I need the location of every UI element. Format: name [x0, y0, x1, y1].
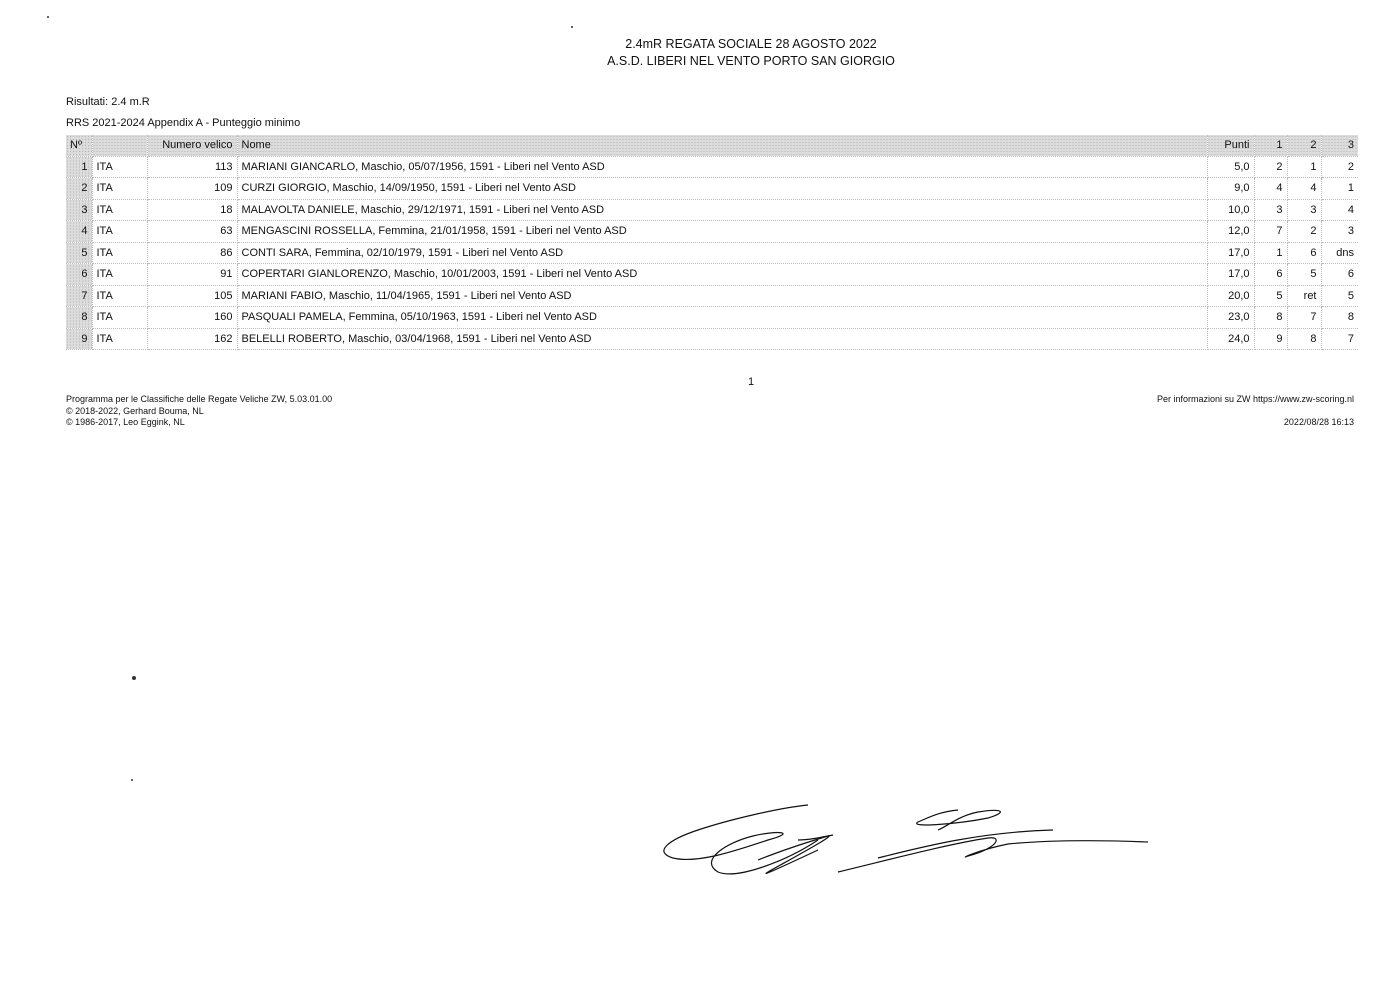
competitor-name-cell: COPERTARI GIANLORENZO, Maschio, 10/01/20…	[237, 264, 1207, 286]
race-1-cell: 1	[1254, 242, 1287, 264]
table-row: 6ITA91COPERTARI GIANLORENZO, Maschio, 10…	[66, 264, 1358, 286]
results-label: Risultati: 2.4 m.R	[66, 96, 150, 108]
table-row: 1ITA113MARIANI GIANCARLO, Maschio, 05/07…	[66, 156, 1358, 178]
footer-program: Programma per le Classifiche delle Regat…	[66, 394, 332, 406]
position-cell: 5	[66, 242, 92, 264]
nation-cell: ITA	[92, 328, 147, 350]
table-row: 5ITA86CONTI SARA, Femmina, 02/10/1979, 1…	[66, 242, 1358, 264]
race-2-cell: 8	[1287, 328, 1321, 350]
col-header-position: Nº	[66, 135, 92, 156]
race-1-cell: 7	[1254, 221, 1287, 243]
col-header-race-1: 1	[1254, 135, 1287, 156]
scan-speck	[571, 26, 573, 28]
footer-copyright-1: © 2018-2022, Gerhard Bouma, NL	[66, 406, 332, 418]
nation-cell: ITA	[92, 221, 147, 243]
nation-cell: ITA	[92, 178, 147, 200]
competitor-name-cell: MARIANI FABIO, Maschio, 11/04/1965, 1591…	[237, 285, 1207, 307]
points-cell: 9,0	[1207, 178, 1254, 200]
position-cell: 2	[66, 178, 92, 200]
scan-speck	[132, 676, 136, 680]
position-cell: 7	[66, 285, 92, 307]
col-header-nation	[92, 135, 147, 156]
position-cell: 8	[66, 307, 92, 329]
title-line-1: 2.4mR REGATA SOCIALE 28 AGOSTO 2022	[0, 36, 1400, 53]
scan-speck	[131, 779, 133, 781]
table-row: 7ITA105MARIANI FABIO, Maschio, 11/04/196…	[66, 285, 1358, 307]
competitor-name-cell: BELELLI ROBERTO, Maschio, 03/04/1968, 15…	[237, 328, 1207, 350]
race-2-cell: 5	[1287, 264, 1321, 286]
competitor-name-cell: CONTI SARA, Femmina, 02/10/1979, 1591 - …	[237, 242, 1207, 264]
race-3-cell: 5	[1321, 285, 1358, 307]
page-number: 1	[0, 376, 1400, 388]
race-3-cell: 4	[1321, 199, 1358, 221]
handwritten-signature-icon	[658, 800, 1158, 880]
race-3-cell: 8	[1321, 307, 1358, 329]
footer-copyright-2: © 1986-2017, Leo Eggink, NL	[66, 417, 332, 429]
position-cell: 6	[66, 264, 92, 286]
race-2-cell: 2	[1287, 221, 1321, 243]
nation-cell: ITA	[92, 199, 147, 221]
title-line-2: A.S.D. LIBERI NEL VENTO PORTO SAN GIORGI…	[0, 53, 1400, 70]
nation-cell: ITA	[92, 156, 147, 178]
race-1-cell: 4	[1254, 178, 1287, 200]
nation-cell: ITA	[92, 307, 147, 329]
sail-number-cell: 113	[147, 156, 237, 178]
race-1-cell: 3	[1254, 199, 1287, 221]
position-cell: 3	[66, 199, 92, 221]
race-1-cell: 5	[1254, 285, 1287, 307]
position-cell: 9	[66, 328, 92, 350]
sail-number-cell: 105	[147, 285, 237, 307]
table-header-row: Nº Numero velico Nome Punti 1 2 3	[66, 135, 1358, 156]
footer-credits: Programma per le Classifiche delle Regat…	[66, 394, 332, 429]
race-2-cell: 4	[1287, 178, 1321, 200]
scoring-system: RRS 2021-2024 Appendix A - Punteggio min…	[66, 117, 300, 129]
race-1-cell: 8	[1254, 307, 1287, 329]
points-cell: 23,0	[1207, 307, 1254, 329]
sail-number-cell: 18	[147, 199, 237, 221]
competitor-name-cell: MALAVOLTA DANIELE, Maschio, 29/12/1971, …	[237, 199, 1207, 221]
col-header-name: Nome	[237, 135, 1207, 156]
footer-timestamp: 2022/08/28 16:13	[1157, 417, 1354, 429]
race-2-cell: 3	[1287, 199, 1321, 221]
table-row: 9ITA162BELELLI ROBERTO, Maschio, 03/04/1…	[66, 328, 1358, 350]
col-header-race-2: 2	[1287, 135, 1321, 156]
competitor-name-cell: CURZI GIORGIO, Maschio, 14/09/1950, 1591…	[237, 178, 1207, 200]
sail-number-cell: 160	[147, 307, 237, 329]
table-row: 4ITA63MENGASCINI ROSSELLA, Femmina, 21/0…	[66, 221, 1358, 243]
points-cell: 17,0	[1207, 242, 1254, 264]
nation-cell: ITA	[92, 285, 147, 307]
race-2-cell: 1	[1287, 156, 1321, 178]
race-3-cell: 6	[1321, 264, 1358, 286]
points-cell: 20,0	[1207, 285, 1254, 307]
race-3-cell: dns	[1321, 242, 1358, 264]
competitor-name-cell: MENGASCINI ROSSELLA, Femmina, 21/01/1958…	[237, 221, 1207, 243]
sail-number-cell: 63	[147, 221, 237, 243]
footer-info-link: Per informazioni su ZW https://www.zw-sc…	[1157, 394, 1354, 406]
table-row: 3ITA18MALAVOLTA DANIELE, Maschio, 29/12/…	[66, 199, 1358, 221]
nation-cell: ITA	[92, 264, 147, 286]
race-3-cell: 1	[1321, 178, 1358, 200]
points-cell: 24,0	[1207, 328, 1254, 350]
race-3-cell: 3	[1321, 221, 1358, 243]
competitor-name-cell: PASQUALI PAMELA, Femmina, 05/10/1963, 15…	[237, 307, 1207, 329]
points-cell: 17,0	[1207, 264, 1254, 286]
table-row: 2ITA109CURZI GIORGIO, Maschio, 14/09/195…	[66, 178, 1358, 200]
document-title: 2.4mR REGATA SOCIALE 28 AGOSTO 2022 A.S.…	[0, 36, 1400, 70]
race-2-cell: 6	[1287, 242, 1321, 264]
sail-number-cell: 91	[147, 264, 237, 286]
scan-speck	[47, 16, 49, 18]
col-header-sail-number: Numero velico	[147, 135, 237, 156]
points-cell: 10,0	[1207, 199, 1254, 221]
race-1-cell: 9	[1254, 328, 1287, 350]
footer-info: Per informazioni su ZW https://www.zw-sc…	[1157, 394, 1354, 428]
sail-number-cell: 109	[147, 178, 237, 200]
competitor-name-cell: MARIANI GIANCARLO, Maschio, 05/07/1956, …	[237, 156, 1207, 178]
sail-number-cell: 162	[147, 328, 237, 350]
points-cell: 12,0	[1207, 221, 1254, 243]
race-1-cell: 6	[1254, 264, 1287, 286]
race-2-cell: 7	[1287, 307, 1321, 329]
results-table: Nº Numero velico Nome Punti 1 2 3 1ITA11…	[66, 135, 1358, 350]
points-cell: 5,0	[1207, 156, 1254, 178]
nation-cell: ITA	[92, 242, 147, 264]
race-3-cell: 2	[1321, 156, 1358, 178]
race-2-cell: ret	[1287, 285, 1321, 307]
sail-number-cell: 86	[147, 242, 237, 264]
position-cell: 4	[66, 221, 92, 243]
position-cell: 1	[66, 156, 92, 178]
col-header-points: Punti	[1207, 135, 1254, 156]
col-header-race-3: 3	[1321, 135, 1358, 156]
race-1-cell: 2	[1254, 156, 1287, 178]
table-row: 8ITA160PASQUALI PAMELA, Femmina, 05/10/1…	[66, 307, 1358, 329]
race-3-cell: 7	[1321, 328, 1358, 350]
